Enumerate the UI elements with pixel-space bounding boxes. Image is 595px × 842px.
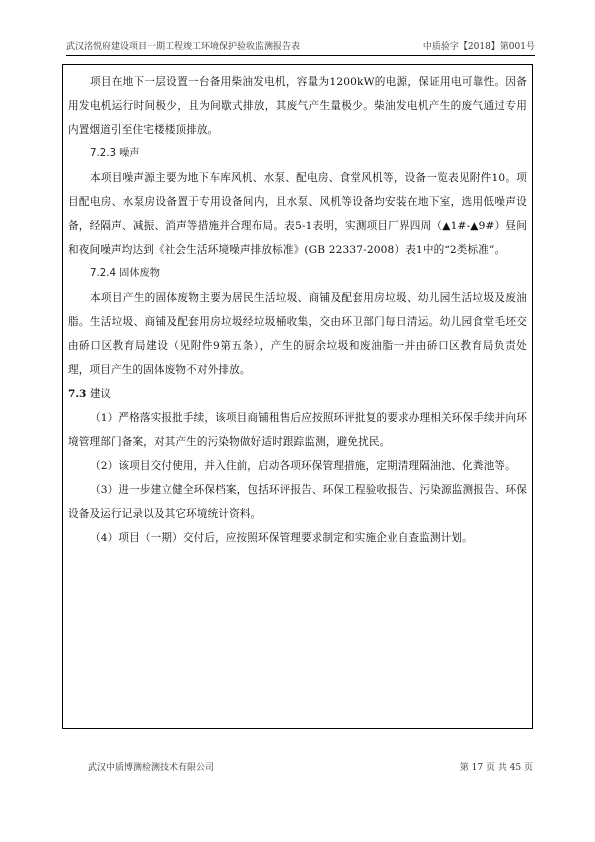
content-frame: 项目在地下一层设置一台备用柴油发电机，容量为1200kW的电源，保证用电可靠性。… (62, 64, 533, 729)
report-title: 武汉洺悦府建设项目一期工程竣工环境保护验收监测报告表 (66, 39, 300, 52)
section-heading-suggestions: 7.3 建议 (68, 382, 527, 406)
section-heading-noise: 7.2.3 噪声 (68, 142, 527, 166)
section-title: 建议 (90, 388, 111, 400)
generator-paragraph: 项目在地下一层设置一台备用柴油发电机，容量为1200kW的电源，保证用电可靠性。… (68, 70, 527, 142)
suggestion-item: （3）进一步建立健全环保档案，包括环评报告、环保工程验收报告、污染源监测报告、环… (68, 478, 527, 526)
page-header: 武汉洺悦府建设项目一期工程竣工环境保护验收监测报告表 中质验字【2018】第00… (66, 40, 535, 56)
page-number: 第 17 页 共 45 页 (460, 760, 533, 773)
section-number: 7.3 (68, 388, 86, 400)
suggestion-item: （1）严格落实报批手续，该项目商铺租售后应按照环评批复的要求办理相关环保手续并向… (68, 406, 527, 454)
solid-waste-paragraph: 本项目产生的固体废物主要为居民生活垃圾、商铺及配套用房垃圾、幼儿园生活垃圾及废油… (68, 286, 527, 382)
suggestion-item: （2）该项目交付使用，并入住前，启动各项环保管理措施，定期清理隔油池、化粪池等。 (68, 454, 527, 478)
suggestion-item: （4）项目（一期）交付后，应按照环保管理要求制定和实施企业自查监测计划。 (68, 526, 527, 550)
document-number: 中质验字【2018】第001号 (423, 39, 535, 52)
section-heading-solid-waste: 7.2.4 固体废物 (68, 262, 527, 286)
noise-paragraph: 本项目噪声源主要为地下车库风机、水泵、配电房、食堂风机等，设备一览表见附件10。… (68, 166, 527, 262)
company-name: 武汉中质博测检测技术有限公司 (88, 760, 214, 773)
